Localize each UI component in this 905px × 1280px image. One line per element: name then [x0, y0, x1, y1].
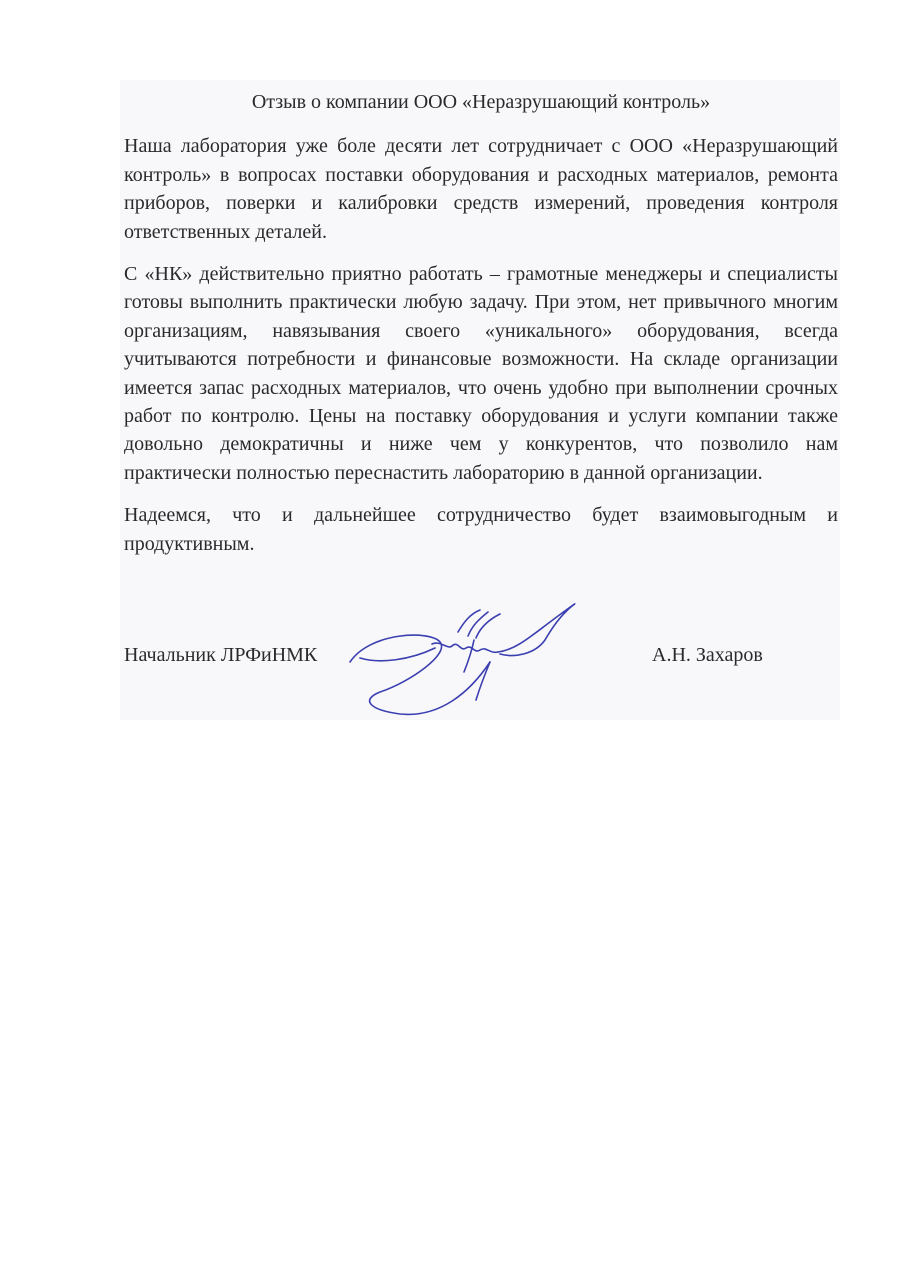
review-letter: Отзыв о компании ООО «Неразрушающий конт… [124, 88, 838, 572]
paragraph-3: Надеемся, что и дальнейшее сотрудничеств… [124, 501, 838, 558]
letter-title: Отзыв о компании ООО «Неразрушающий конт… [124, 88, 838, 116]
paragraph-2: С «НК» действительно приятно работать – … [124, 260, 838, 487]
signatory-name: А.Н. Захаров [652, 644, 763, 667]
handwritten-signature-icon [340, 592, 590, 722]
signatory-position: Начальник ЛРФиНМК [124, 644, 317, 667]
paragraph-1: Наша лаборатория уже боле десяти лет сот… [124, 132, 838, 246]
